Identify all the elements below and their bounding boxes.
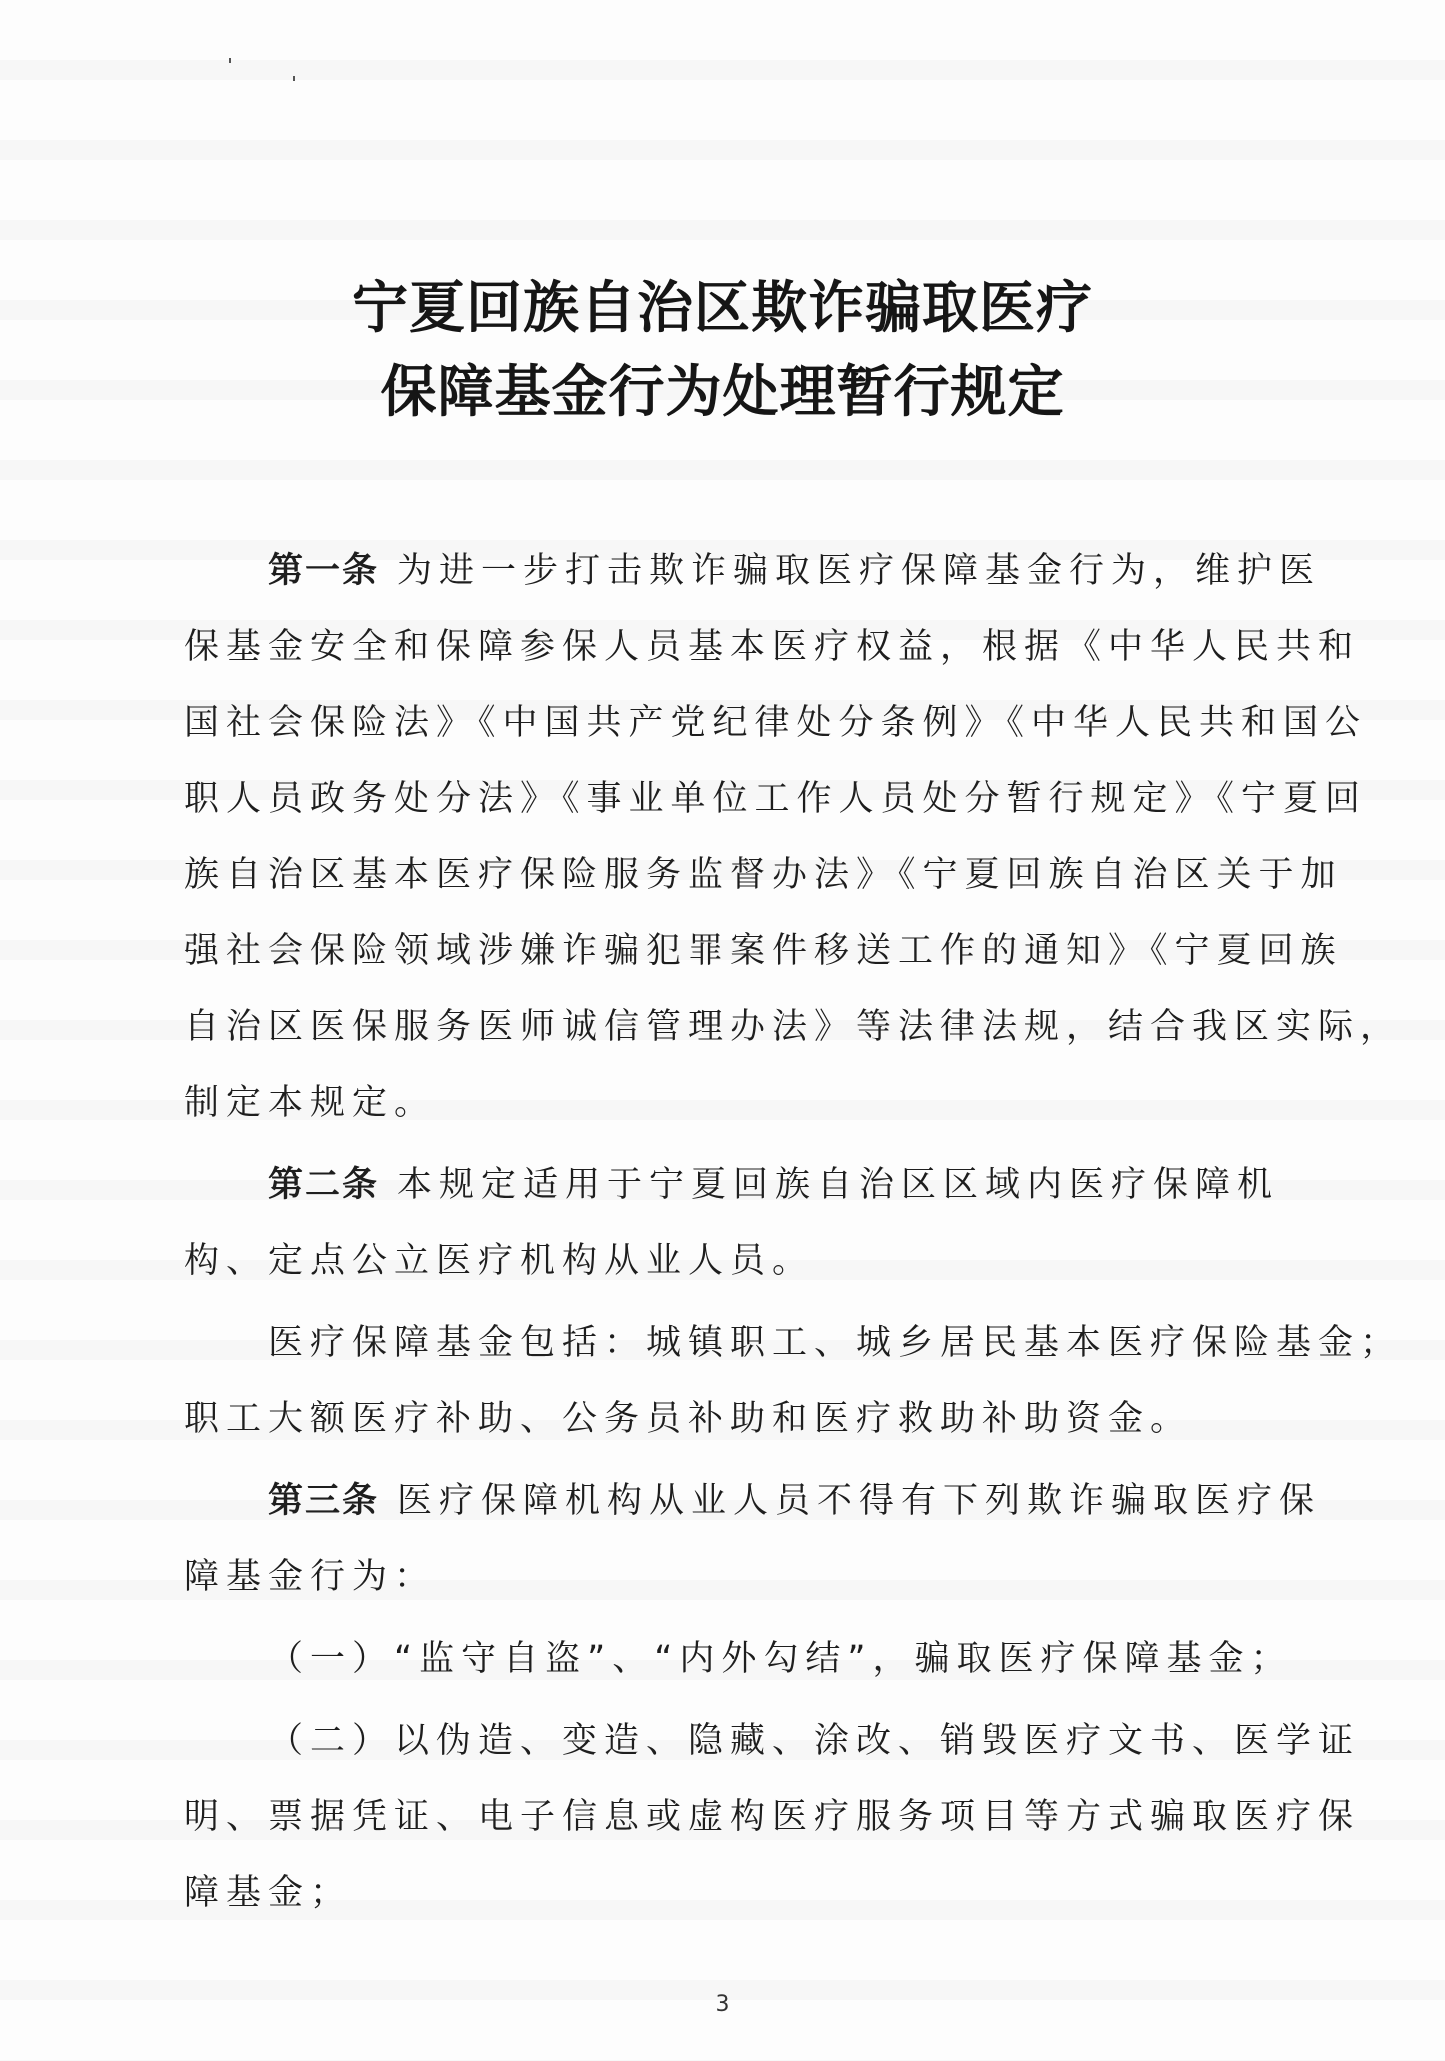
article-text: 为进一步打击欺诈骗取医疗保障基金行为，维护医 (397, 551, 1321, 591)
article-1-line-6: 强社会保险领域涉嫌诈骗犯罪案件移送工作的通知》《宁夏回族 (184, 926, 1284, 976)
article-1-line-2: 保基金安全和保障参保人员基本医疗权益，根据《中华人民共和 (184, 622, 1284, 672)
article-2-label: 第二条 (268, 1165, 379, 1205)
article-2-line-1: 第二条本规定适用于宁夏回族自治区区域内医疗保障机 (268, 1160, 1284, 1210)
scan-speck (229, 58, 231, 63)
article-2-line-2: 构、定点公立医疗机构从业人员。 (184, 1236, 1284, 1286)
article-3-label: 第三条 (268, 1481, 379, 1521)
article-1-line-5: 族自治区基本医疗保险服务监督办法》《宁夏回族自治区关于加 (184, 850, 1284, 900)
article-2-fund-definition-line-2: 职工大额医疗补助、公务员补助和医疗救助补助资金。 (184, 1394, 1284, 1444)
article-3-line-1: 第三条医疗保障机构从业人员不得有下列欺诈骗取医疗保 (268, 1476, 1284, 1526)
document-page: 宁夏回族自治区欺诈骗取医疗 保障基金行为处理暂行规定 第一条为进一步打击欺诈骗取… (0, 0, 1445, 2061)
article-1-label: 第一条 (268, 551, 379, 591)
article-1-line-3: 国社会保险法》《中国共产党纪律处分条例》《中华人民共和国公 (184, 698, 1284, 748)
scan-speck (293, 76, 295, 81)
article-3-line-2: 障基金行为： (184, 1552, 1284, 1602)
article-text: 医疗保障机构从业人员不得有下列欺诈骗取医疗保 (397, 1481, 1321, 1521)
article-1-line-7: 自治区医保服务医师诚信管理办法》等法律法规，结合我区实际， (184, 1002, 1284, 1052)
article-3-item-2-line-2: 明、票据凭证、电子信息或虚构医疗服务项目等方式骗取医疗保 (184, 1792, 1284, 1842)
article-3-item-2-line-3: 障基金； (184, 1868, 1284, 1918)
article-3-item-1: （一）“监守自盗”、“内外勾结”，骗取医疗保障基金； (268, 1634, 1284, 1684)
article-1-line-4: 职人员政务处分法》《事业单位工作人员处分暂行规定》《宁夏回 (184, 774, 1284, 824)
document-title-line-1: 宁夏回族自治区欺诈骗取医疗 (0, 272, 1445, 344)
article-text: 本规定适用于宁夏回族自治区区域内医疗保障机 (397, 1165, 1279, 1205)
page-number: 3 (0, 1992, 1445, 2017)
document-title-line-2: 保障基金行为处理暂行规定 (0, 356, 1445, 428)
article-1-line-1: 第一条为进一步打击欺诈骗取医疗保障基金行为，维护医 (268, 546, 1284, 596)
article-3-item-2-line-1: （二）以伪造、变造、隐藏、涂改、销毁医疗文书、医学证 (268, 1716, 1284, 1766)
article-2-fund-definition-line-1: 医疗保障基金包括：城镇职工、城乡居民基本医疗保险基金； (268, 1318, 1284, 1368)
article-1-line-8: 制定本规定。 (184, 1078, 1284, 1128)
